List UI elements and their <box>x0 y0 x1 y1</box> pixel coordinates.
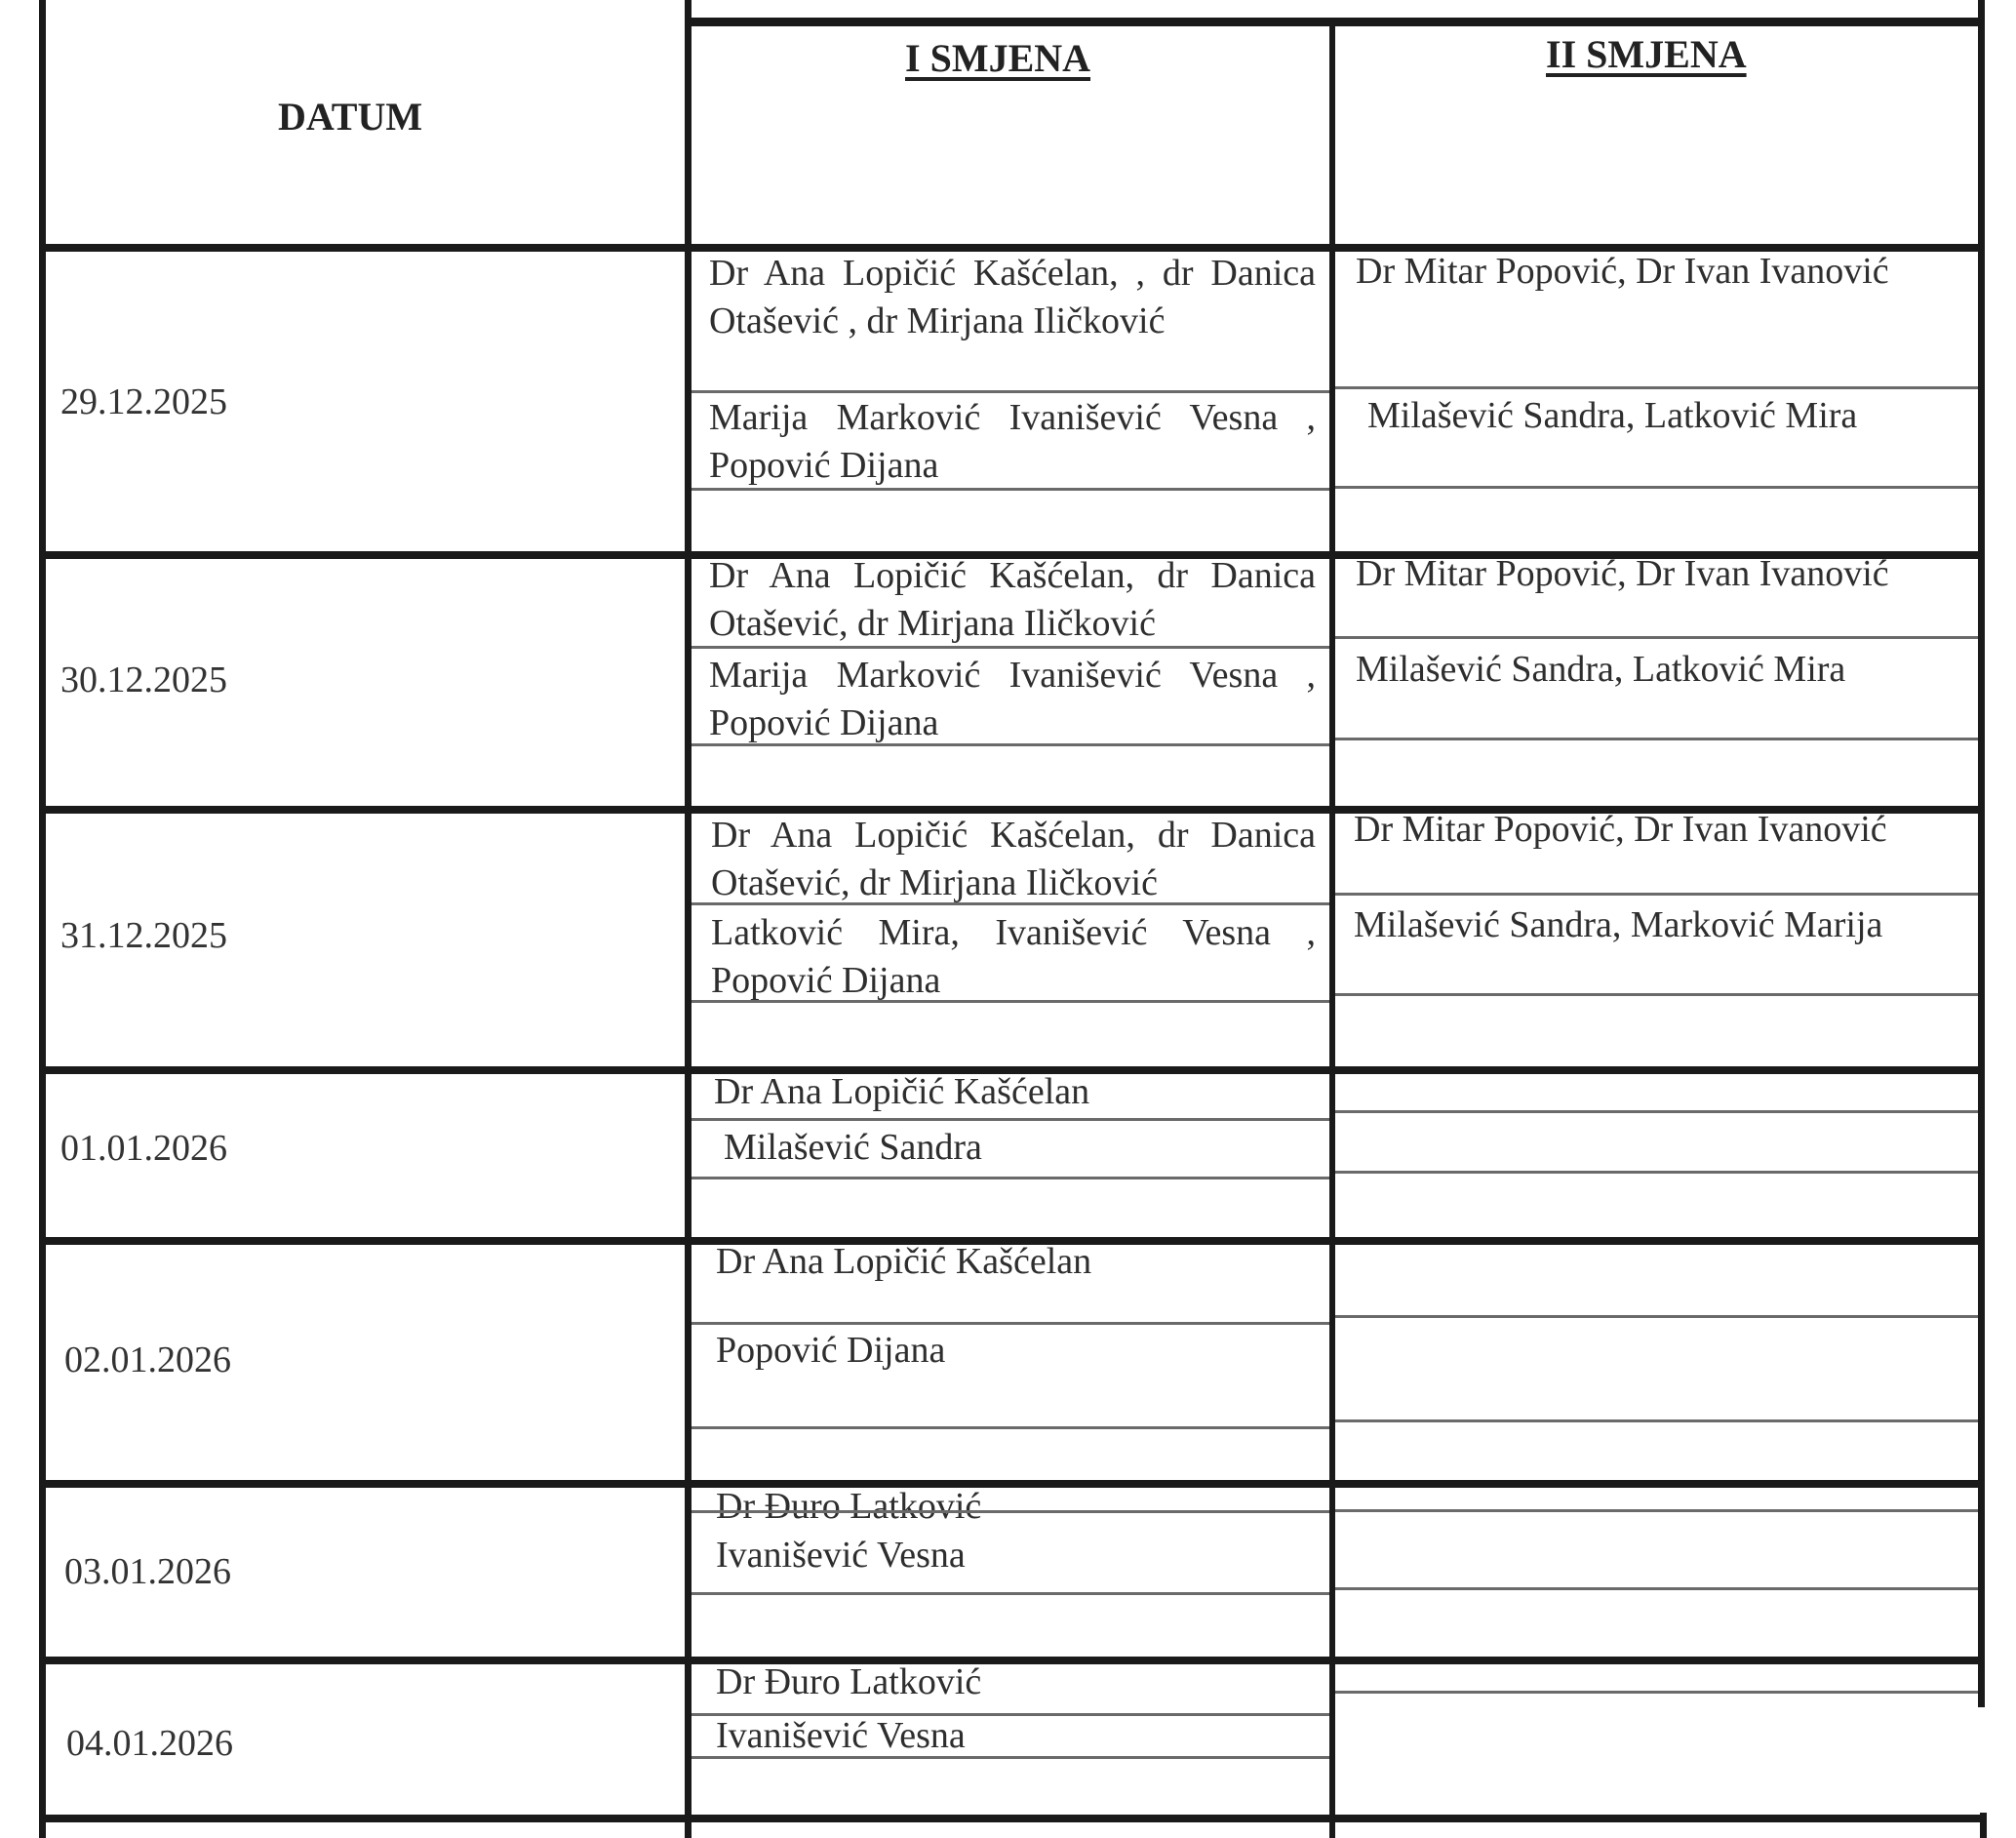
shift1-doctors: Dr Ana Lopičić Kašćelan, dr Danica Otaše… <box>711 812 1316 907</box>
shift1-staff: Ivanišević Vesna <box>716 1532 966 1579</box>
grid-line <box>1335 1509 1978 1512</box>
grid-line <box>692 1713 1329 1716</box>
grid-line <box>39 244 1985 252</box>
grid-line <box>39 1815 1985 1822</box>
date-cell: 31.12.2025 <box>60 914 227 957</box>
shift2-staff: Milašević Sandra, Marković Marija <box>1354 901 1882 949</box>
grid-line <box>39 806 1985 814</box>
grid-line <box>692 488 1329 491</box>
grid-line <box>692 646 1329 649</box>
date-cell: 01.01.2026 <box>60 1127 227 1170</box>
grid-line <box>692 1756 1329 1759</box>
grid-line <box>685 0 692 1838</box>
date-cell: 03.01.2026 <box>64 1550 231 1593</box>
grid-line <box>1978 0 1985 1707</box>
grid-line <box>692 1000 1329 1003</box>
grid-line <box>692 1592 1329 1595</box>
grid-line <box>692 1322 1329 1325</box>
shift2-staff: Milašević Sandra, Latković Mira <box>1367 392 1857 440</box>
shift1-staff: Popović Dijana <box>716 1327 945 1375</box>
header-shift-2: II SMJENA <box>1546 31 1747 77</box>
grid-line <box>1335 993 1978 996</box>
shift1-staff: Latković Mira, Ivanišević Vesna , Popovi… <box>711 909 1316 1005</box>
grid-line <box>1335 1110 1978 1113</box>
shift1-staff: Marija Marković Ivanišević Vesna , Popov… <box>709 394 1316 490</box>
grid-line <box>692 1426 1329 1429</box>
shift1-doctors: Dr Ana Lopičić Kašćelan <box>716 1238 1091 1286</box>
grid-line <box>39 1480 1985 1488</box>
grid-line <box>1335 893 1978 896</box>
grid-line <box>39 1066 1985 1074</box>
header-shift-1: I SMJENA <box>905 35 1090 81</box>
shift1-doctors: Dr Ana Lopičić Kašćelan, dr Danica Otaše… <box>709 552 1316 648</box>
grid-line <box>692 902 1329 905</box>
grid-line <box>1335 738 1978 740</box>
grid-line <box>39 1657 1985 1664</box>
grid-line <box>1335 1171 1978 1174</box>
shift1-staff: Ivanišević Vesna <box>716 1712 966 1760</box>
grid-line <box>692 390 1329 393</box>
date-cell: 04.01.2026 <box>66 1722 233 1765</box>
shift1-staff: Marija Marković Ivanišević Vesna , Popov… <box>709 652 1316 747</box>
date-cell: 30.12.2025 <box>60 659 227 701</box>
grid-line <box>692 1177 1329 1179</box>
grid-line <box>1335 1419 1978 1422</box>
header-datum: DATUM <box>278 94 422 140</box>
date-cell: 02.01.2026 <box>64 1339 231 1381</box>
grid-line <box>39 0 46 1838</box>
shift2-staff: Milašević Sandra, Latković Mira <box>1356 646 1845 694</box>
grid-line <box>1329 20 1335 1838</box>
shift1-doctors: Dr Đuro Latković <box>716 1483 981 1531</box>
grid-line <box>1335 636 1978 639</box>
grid-line <box>1335 1315 1978 1318</box>
shift1-doctors: Dr Ana Lopičić Kašćelan <box>714 1068 1089 1116</box>
shift2-doctors: Dr Mitar Popović, Dr Ivan Ivanović <box>1356 248 1889 296</box>
grid-line <box>692 1118 1329 1121</box>
shift1-doctors: Dr Đuro Latković <box>716 1658 981 1706</box>
grid-line <box>1335 1587 1978 1590</box>
grid-line <box>39 1237 1985 1245</box>
grid-line <box>685 18 1985 26</box>
grid-line <box>692 743 1329 746</box>
grid-line <box>1335 386 1978 389</box>
grid-line <box>1335 1691 1978 1694</box>
shift1-doctors: Dr Ana Lopičić Kašćelan, , dr Danica Ota… <box>709 250 1316 345</box>
grid-line <box>1335 486 1978 489</box>
shift1-staff: Milašević Sandra <box>724 1124 982 1172</box>
grid-line <box>39 551 1985 559</box>
date-cell: 29.12.2025 <box>60 380 227 423</box>
grid-line <box>692 1510 1329 1513</box>
